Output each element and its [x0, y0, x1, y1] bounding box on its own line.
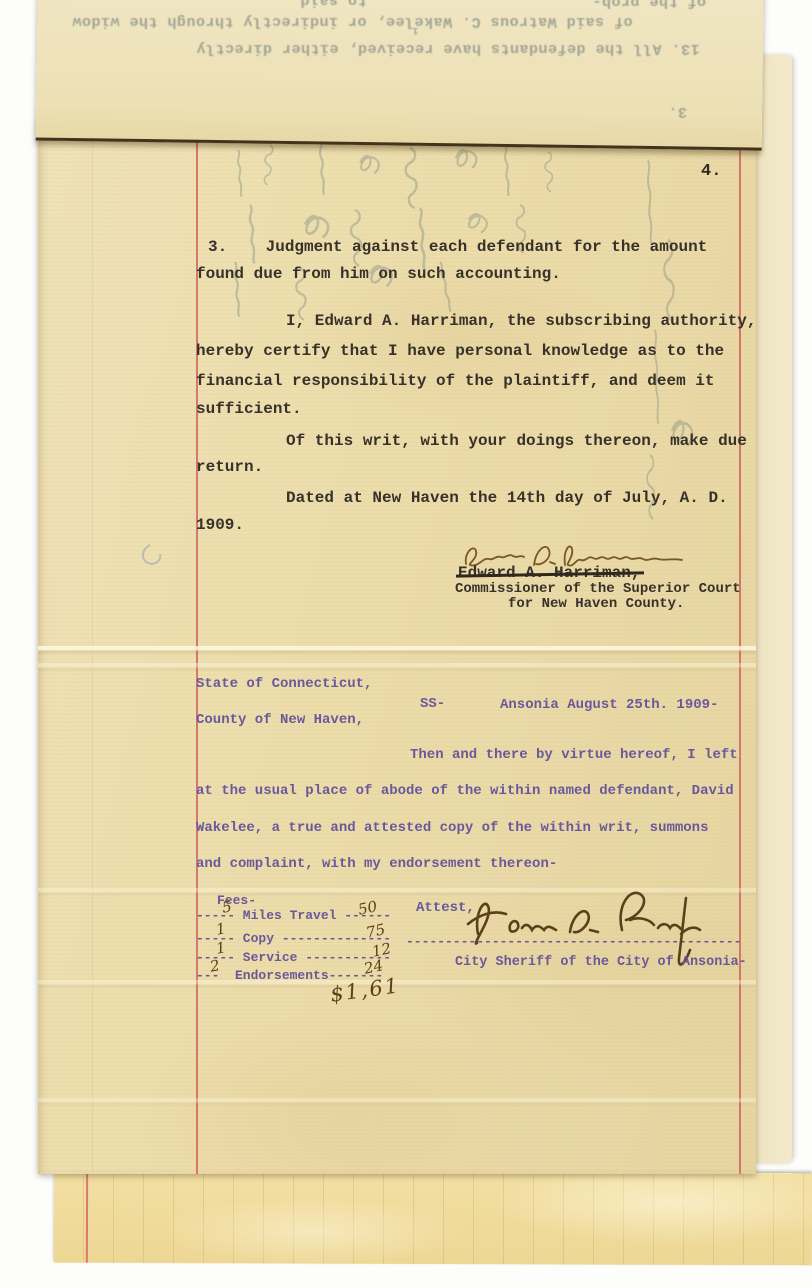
mirrored-text-fragment: to said [300, 0, 367, 9]
fold-crease [38, 646, 756, 655]
service-body-line-3: Wakelee, a true and attested copy of the… [196, 820, 708, 836]
certification-line-2: hereby certify that I have personal know… [196, 342, 724, 360]
mirrored-text-line: of said Watrous C. Wakelee, or indirectl… [72, 13, 633, 30]
sheriff-title: City Sheriff of the City of Ansonia- [455, 955, 747, 970]
page-number: 4. [701, 162, 721, 181]
commissioner-title-1: Commissioner of the Superior Court [455, 581, 741, 597]
place-date-line: Ansonia August 25th. 1909- [500, 697, 718, 713]
underlying-page-edge [752, 55, 792, 1163]
ledger-red-margin-line [86, 1171, 88, 1263]
ss-label: SS- [420, 696, 445, 712]
fold-crease [38, 663, 756, 672]
state-line: State of Connecticut, [196, 676, 372, 692]
fold-crease [38, 1098, 756, 1107]
writ-line-1: Of this writ, with your doings thereon, … [286, 432, 747, 450]
certification-line-3: financial responsibility of the plaintif… [196, 372, 714, 390]
service-body-line-1: Then and there by virtue hereof, I left [410, 747, 738, 763]
dated-line-1: Dated at New Haven the 14th day of July,… [286, 489, 728, 507]
mirrored-page-number: 3. [668, 103, 687, 120]
dated-line-2: 1909. [196, 516, 244, 534]
judgment-line-1: 3. Judgment against each defendant for t… [208, 238, 707, 256]
commissioner-title-2: for New Haven County. [508, 596, 684, 612]
judgment-line-2: found due from him on such accounting. [196, 265, 561, 283]
ledger-sheet [54, 1171, 812, 1266]
county-line: County of New Haven, [196, 712, 364, 728]
certification-line-4: sufficient. [196, 400, 302, 418]
service-body-line-2: at the usual place of abode of the withi… [196, 783, 734, 799]
mirrored-text-line: 13. All the defendants have received, ei… [196, 40, 700, 57]
writ-line-2: return. [196, 458, 263, 476]
scanned-document: of the prob- to said of said Watrous C. … [0, 0, 812, 1288]
mirrored-text-fragment: of the prob- [592, 0, 706, 10]
mirrored-superscript: 1 [412, 24, 419, 35]
service-body-line-4: and complaint, with my endorsement there… [196, 856, 557, 872]
certification-line-1: I, Edward A. Harriman, the subscribing a… [286, 312, 756, 330]
